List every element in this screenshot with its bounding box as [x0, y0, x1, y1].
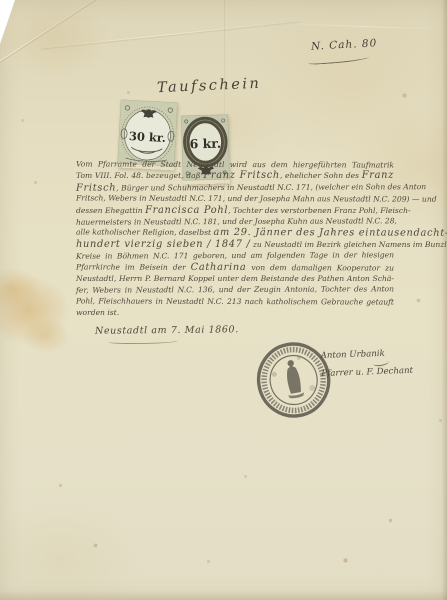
- body-text: Vom Pfarramte der Stadt Neustadtl wird a…: [76, 159, 394, 318]
- fold-crease-right: [280, 23, 447, 30]
- date-underline-flourish: [108, 339, 178, 344]
- body-line: Kreise in Böhmen N.C. 171 geboren, und a…: [76, 249, 394, 262]
- body-line: worden ist.: [76, 307, 394, 318]
- stamp-value-6kr: 6 kr.: [189, 136, 221, 152]
- reference-number: N. Cah. 80: [311, 37, 378, 52]
- reference-underline-flourish: [308, 55, 370, 65]
- fold-crease-top: [41, 20, 300, 48]
- body-line: fer, Webers in Neustadtl N.C. 136, und d…: [76, 284, 394, 297]
- body-line: alle katholischer Religion, daselbst am …: [76, 227, 394, 240]
- body-line: Fritsch, Webers in Neustadtl N.C. 171, u…: [76, 193, 394, 206]
- body-line: Tom VIII. Fol. 48. bezeuget, daß Franz F…: [76, 170, 394, 181]
- stamp-value-30kr: 30 kr.: [129, 129, 167, 145]
- signature-block: Anton Urbanik Pfarrer u. F. Dechant: [321, 347, 438, 379]
- body-line: Vom Pfarramte der Stadt Neustadtl wird a…: [76, 158, 394, 171]
- fold-crease-corner: [0, 0, 108, 62]
- date-line: Neustadtl am 7. Mai 1860.: [95, 324, 239, 337]
- body-line: hundert vierzig sieben / 1847 / zu Neust…: [76, 239, 394, 250]
- body-line: Pohl, Fleischhauers in Neustadtl N.C. 21…: [76, 295, 394, 308]
- seal-saint-figure: [282, 359, 304, 400]
- body-line: dessen Ehegattin Francisca Pohl, Tochter…: [76, 205, 394, 216]
- body-line: Pfarrkirche im Beisein der Catharina von…: [76, 261, 394, 274]
- foxing-spots: [0, 0, 1, 1]
- parish-seal: [249, 335, 338, 429]
- signature-title: Pfarrer u. F. Dechant: [321, 365, 437, 379]
- document-title: Taufschein: [157, 76, 262, 97]
- scanned-document-page: N. Cah. 80 Taufschein 30 kr. 6 kr.: [0, 0, 447, 600]
